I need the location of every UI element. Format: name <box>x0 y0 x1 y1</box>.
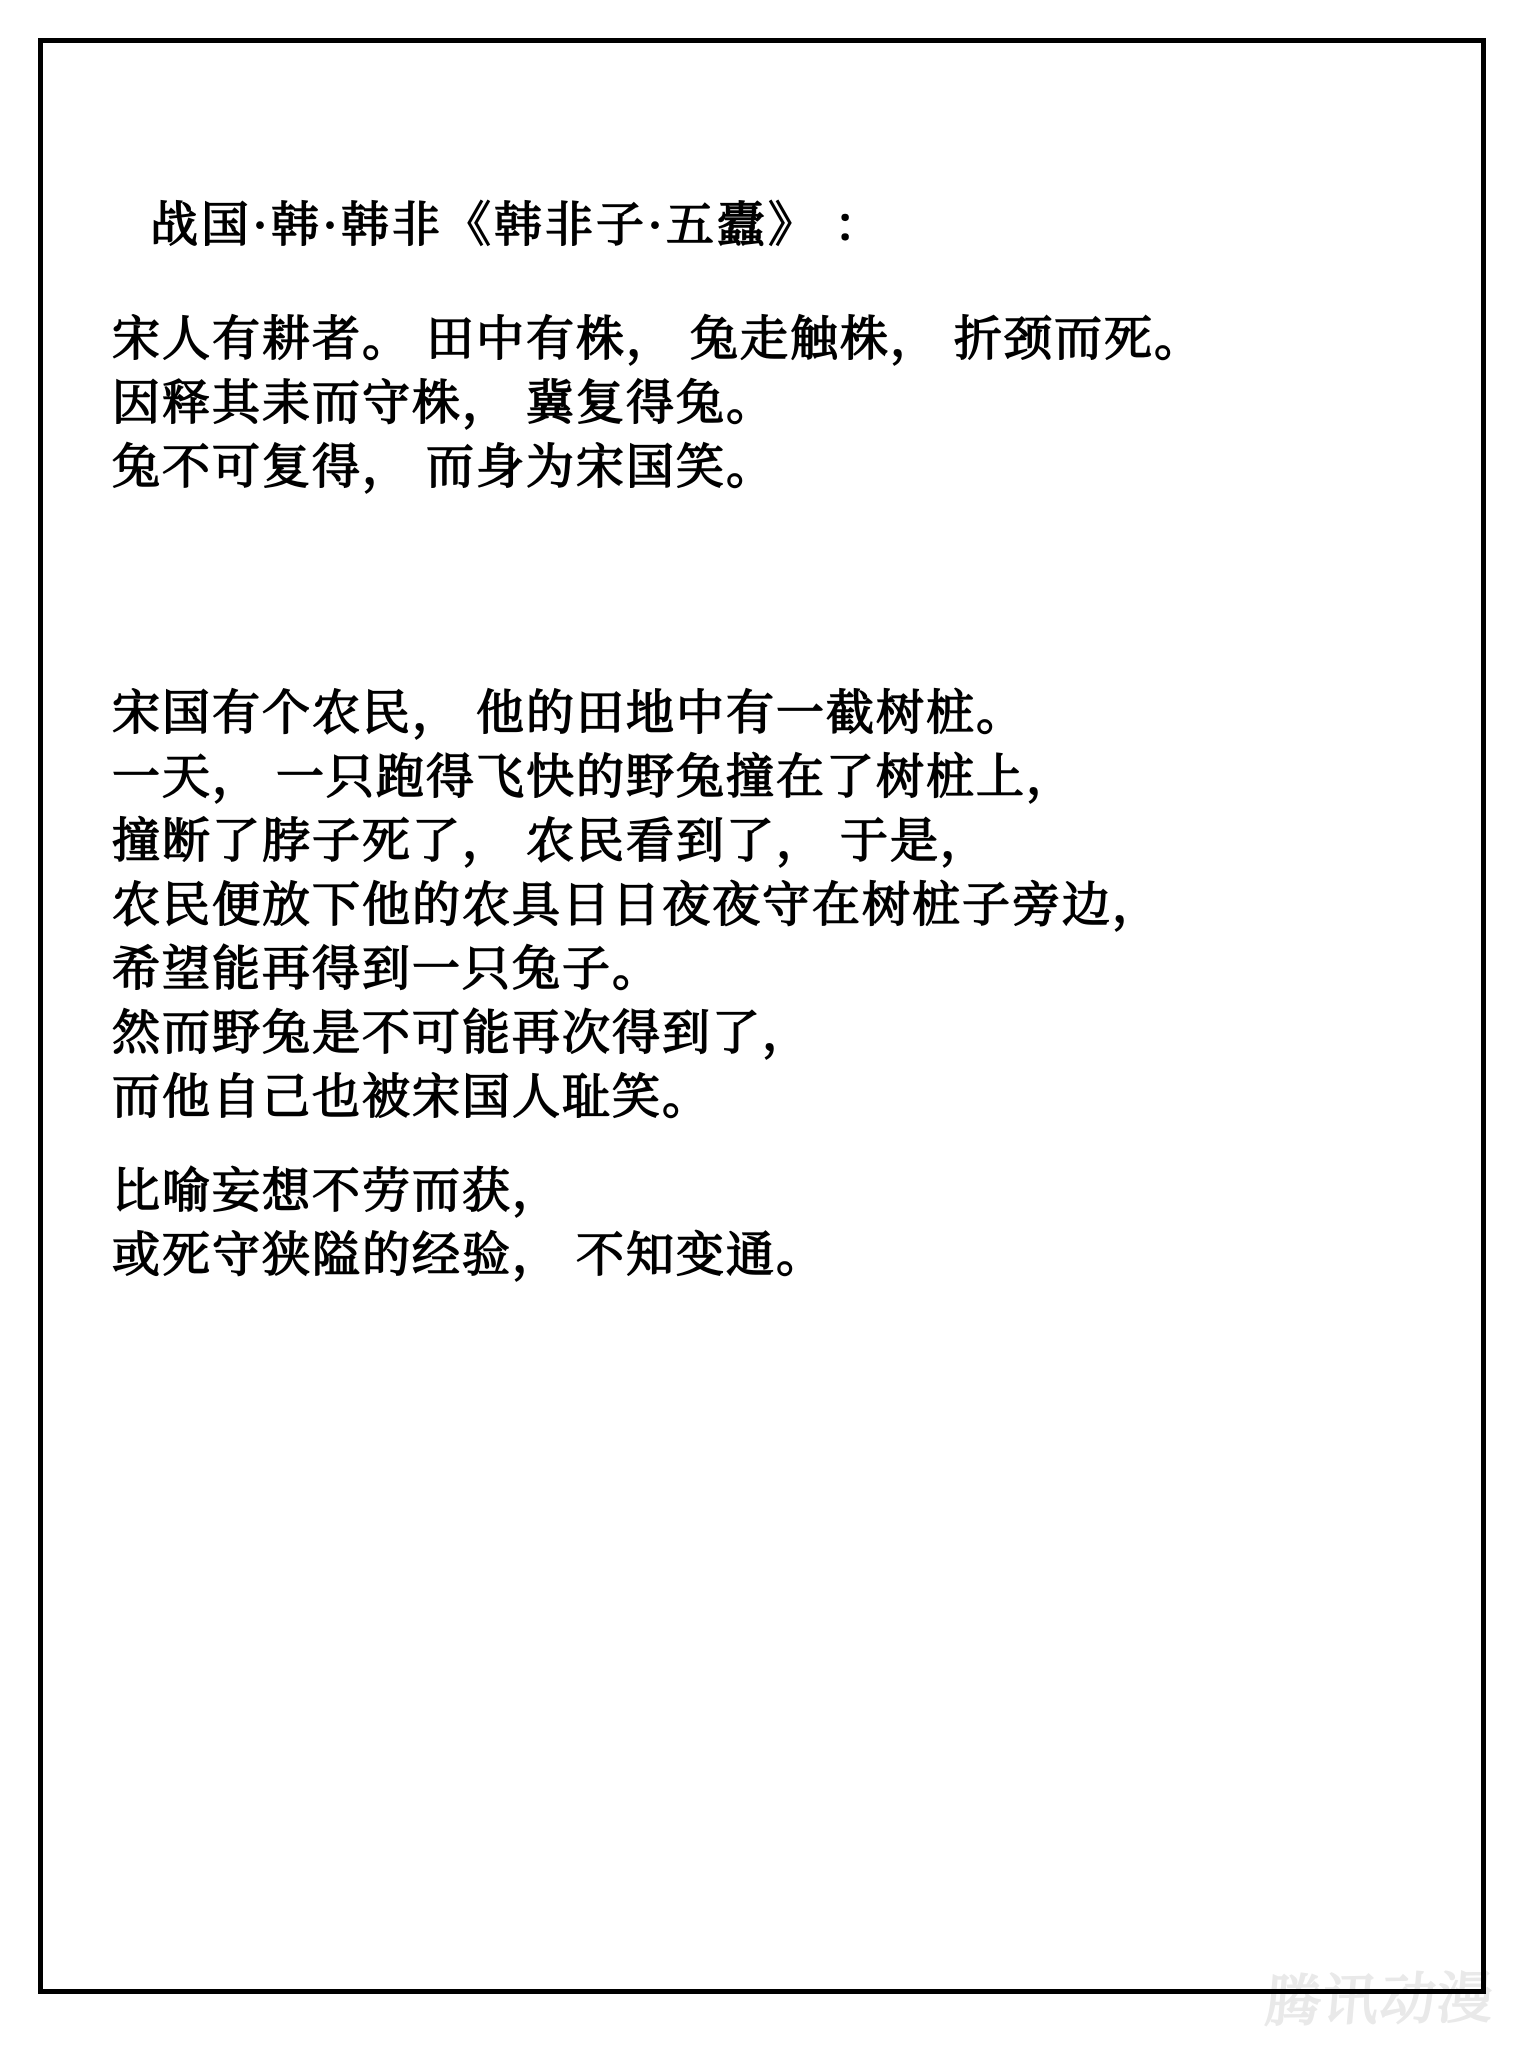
translation-line-5: 希望能再得到一只兔子。 <box>112 938 1162 1002</box>
translation-line-6: 然而野兔是不可能再次得到了， <box>112 1002 1162 1066</box>
translation-line-4: 农民便放下他的农具日日夜夜守在树桩子旁边， <box>112 874 1162 938</box>
classical-line-3: 兔不可复得， 而身为宋国笑。 <box>112 436 1204 500</box>
tencent-comics-watermark: 腾讯动漫 <box>1262 1954 1497 2038</box>
translation-line-1: 宋国有个农民， 他的田地中有一截树桩。 <box>112 682 1162 746</box>
moral-text-block: 比喻妄想不劳而获， 或死守狭隘的经验， 不知变通。 <box>112 1160 826 1288</box>
translation-line-7: 而他自己也被宋国人耻笑。 <box>112 1066 1162 1130</box>
moral-line-1: 比喻妄想不劳而获， <box>112 1160 826 1224</box>
translation-text-block: 宋国有个农民， 他的田地中有一截树桩。 一天， 一只跑得飞快的野兔撞在了树桩上，… <box>112 682 1162 1130</box>
classical-line-2: 因释其耒而守株， 冀复得兔。 <box>112 372 1204 436</box>
classical-line-1: 宋人有耕者。 田中有株， 兔走触株， 折颈而死。 <box>112 308 1204 372</box>
translation-line-2: 一天， 一只跑得飞快的野兔撞在了树桩上， <box>112 746 1162 810</box>
moral-line-2: 或死守狭隘的经验， 不知变通。 <box>112 1224 826 1288</box>
translation-line-3: 撞断了脖子死了， 农民看到了， 于是， <box>112 810 1162 874</box>
source-citation-title: 战国·韩·韩非《韩非子·五蠹》 ： <box>150 196 885 256</box>
classical-text-block: 宋人有耕者。 田中有株， 兔走触株， 折颈而死。 因释其耒而守株， 冀复得兔。 … <box>112 308 1204 500</box>
comic-text-page: 战国·韩·韩非《韩非子·五蠹》 ： 宋人有耕者。 田中有株， 兔走触株， 折颈而… <box>0 0 1536 2048</box>
